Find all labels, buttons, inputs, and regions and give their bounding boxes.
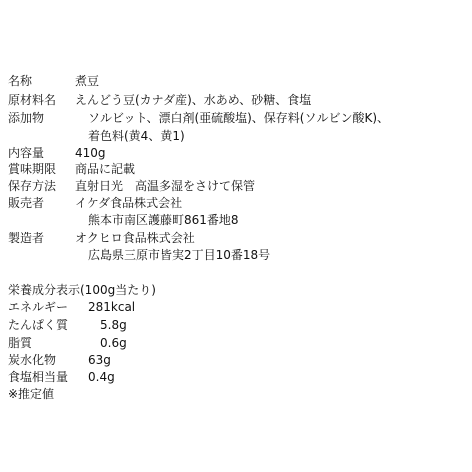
nutrient-value: 0.4g: [88, 370, 115, 384]
manufacturer-label: 製造者: [8, 231, 44, 245]
nutrient-value: 0.6g: [100, 336, 127, 350]
net-weight-label: 内容量: [8, 146, 44, 160]
nutrition-title: 栄養成分表示(100g当たり): [8, 283, 156, 297]
net-weight-value: 410g: [75, 146, 106, 160]
additives-line2: 着色料(黄4、黄1): [88, 129, 185, 143]
nutrient-label: 脂質: [8, 336, 32, 350]
best-before-label: 賞味期限: [8, 162, 56, 176]
nutrient-label: たんぱく質: [8, 318, 68, 332]
nutrient-value: 5.8g: [100, 318, 127, 332]
ingredients-label: 原材料名: [8, 93, 56, 107]
seller-name: イケダ食品株式会社: [75, 196, 182, 210]
estimate-note: ※推定値: [8, 387, 54, 401]
manufacturer-name: オクヒロ食品株式会社: [75, 231, 195, 245]
nutrient-value: 281kcal: [88, 300, 135, 314]
storage-label: 保存方法: [8, 179, 56, 193]
manufacturer-address: 広島県三原市皆実2丁目10番18号: [88, 248, 270, 262]
seller-label: 販売者: [8, 196, 44, 210]
name-label: 名称: [8, 74, 32, 88]
nutrient-label: 食塩相当量: [8, 370, 68, 384]
nutrient-value: 63g: [88, 353, 111, 367]
storage-value: 直射日光 高温多湿をさけて保管: [75, 179, 255, 193]
best-before-value: 商品に記載: [75, 162, 135, 176]
additives-label: 添加物: [8, 111, 44, 125]
nutrient-label: 炭水化物: [8, 353, 56, 367]
additives-line1: ソルビット、漂白剤(亜硫酸塩)、保存料(ソルビン酸K)、: [88, 111, 389, 125]
seller-address: 熊本市南区護藤町861番地8: [88, 213, 239, 227]
nutrient-label: エネルギー: [8, 300, 68, 314]
ingredients-value: えんどう豆(カナダ産)、水あめ、砂糖、食塩: [75, 93, 311, 107]
name-value: 煮豆: [75, 74, 99, 88]
